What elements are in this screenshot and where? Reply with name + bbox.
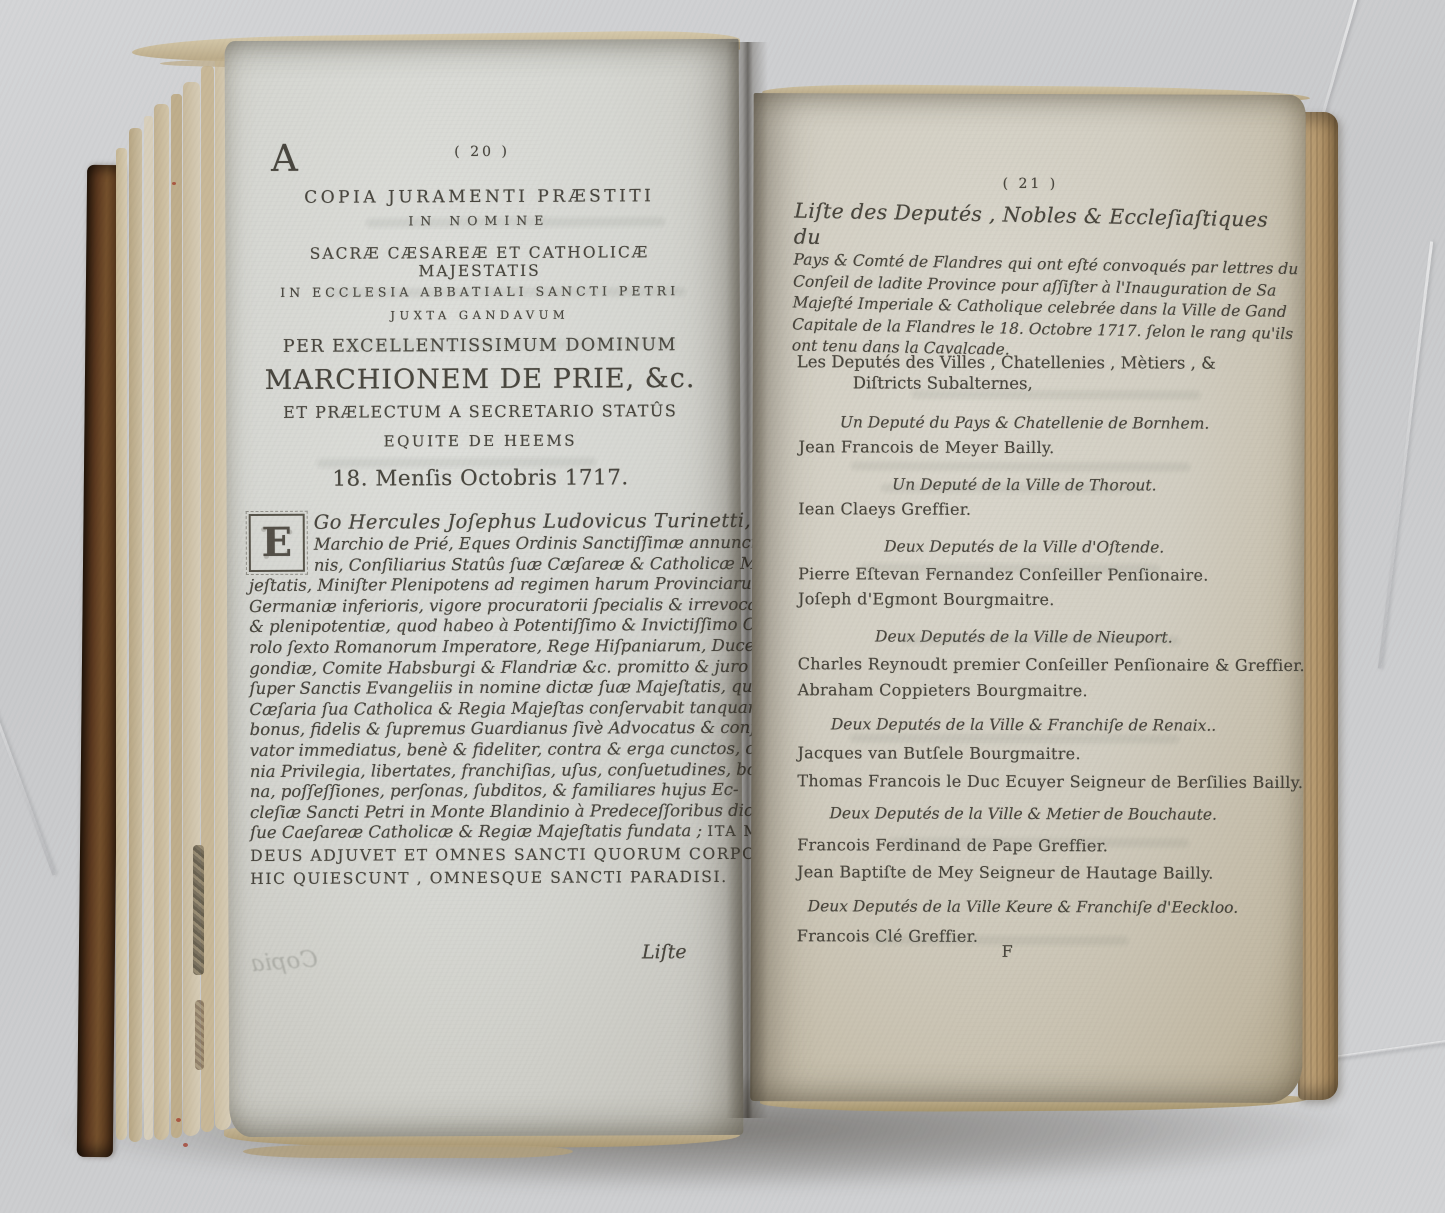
deputy-name: Jean Baptiſte de Mey Seigneur de Hautage… [797, 862, 1267, 883]
title-line: JUXTA GANDAVUM [250, 307, 710, 323]
section-heading-bornhem: Un Deputé du Pays & Chatellenie de Bornh… [791, 413, 1259, 433]
oath-line: gondiæ, Comite Habsburgi & Flandriæ &c. … [249, 657, 705, 680]
deputy-name: Jacques van Butſele Bourgmaitre. [797, 743, 1267, 764]
showthrough-ghost-line [869, 935, 1129, 945]
page-number-left: ( 20 ) [235, 143, 729, 161]
oath-line: bonus, fidelis & ſupremus Guardianus ſiv… [250, 718, 706, 741]
deputy-name: Jean Francois de Meyer Bailly. [798, 437, 1268, 458]
page-stack-edge [116, 148, 127, 1140]
heading-line: Liſte des Deputés , Nobles & Eccleſiaſti… [794, 197, 1271, 258]
deputy-name: Iean Claeys Greffier. [798, 499, 1268, 520]
oath-line: Cæſaria ſua Catholica & Regia Majeſtas c… [249, 698, 705, 721]
deputy-name: Joſeph d'Egmont Bourgmaitre. [798, 589, 1268, 610]
title-line: COPIA JURAMENTI PRÆSTITI [249, 186, 709, 208]
oath-paragraph: E Go Hercules Joſephus Ludovicus Turinet… [249, 509, 707, 891]
right-page-content: ( 21 ) Liſte des Deputés , Nobles & Eccl… [788, 93, 1270, 1103]
oath-line: & plenipotentiæ, quod habeo à Potentiſſi… [249, 615, 705, 638]
oath-caps-line: DEUS ADJUVET ET OMNES SANCTI QUORUM CORP… [250, 843, 706, 868]
title-line-date: 18. Menſis Octobris 1717. [250, 465, 710, 492]
showthrough-ghost-line [346, 339, 676, 349]
left-page-content: ( 20 ) A COPIA JURAMENTI PRÆSTITI IN NOM… [235, 39, 734, 1137]
page-number-right: ( 21 ) [791, 175, 1269, 193]
title-line: EQUITE DE HEEMS [250, 431, 710, 451]
intro-line: Les Deputés des Villes , Chatellenies , … [797, 351, 1216, 373]
title-line: SACRÆ CÆSAREÆ ET CATHOLICÆ MAJESTATIS [250, 243, 710, 281]
oath-line: na, poſſeſſiones, perſonas, ſubditos, & … [250, 780, 706, 803]
oath-line: jeſtatis, Miniſter Plenipotens ad regime… [249, 574, 705, 597]
marbled-edge-fragment [195, 1000, 204, 1070]
red-speck [183, 1143, 188, 1147]
oath-line: cleſiæ Sancti Petri in Monte Blandinio à… [250, 801, 706, 824]
section-heading-bouchaute: Deux Deputés de la Ville & Metier de Bou… [789, 804, 1257, 824]
marbled-edge-fragment [193, 845, 204, 975]
showthrough-ghost-line [860, 563, 1160, 573]
page-stack-edge [171, 94, 182, 1138]
showthrough-ghost-line [850, 461, 1190, 471]
signature-letter-A: A [271, 137, 298, 180]
showthrough-ghost-line [849, 733, 1179, 743]
oath-line: vator immediatus, benè & fideliter, cont… [250, 739, 706, 762]
deputy-name: Charles Reynoudt premier Conſeiller Penſ… [798, 654, 1268, 675]
backdrop-crease [0, 630, 55, 875]
deputy-name: Abraham Coppieters Bourgmaitre. [798, 680, 1268, 701]
bottom-page-edge-left [243, 1145, 573, 1158]
oath-line: Germaniæ inferioris, vigore procuratorii… [249, 595, 705, 618]
showthrough-ghost-line [911, 390, 1201, 400]
oath-line: rolo ſexto Romanorum Imperatore, Rege Hi… [249, 636, 705, 659]
section-heading-eeckloo: Deux Deputés de la Ville Keure & Franchi… [789, 897, 1257, 917]
title-line-marchionem: MARCHIONEM DE PRIE, &c. [250, 363, 710, 396]
list-heading: Liſte des Deputés , Nobles & Eccleſiaſti… [792, 197, 1271, 366]
deputies-intro: Les Deputés des Villes , Chatellenies , … [797, 351, 1216, 394]
showthrough-ghost-line [900, 636, 1180, 646]
section-heading-renaix: Deux Deputés de la Ville & Franchiſe de … [790, 715, 1258, 735]
section-heading-ostende: Deux Deputés de la Ville d'Oſtende. [790, 537, 1258, 557]
red-speck [172, 182, 176, 185]
page-stack-edge [129, 128, 142, 1142]
oath-line: nis, Conſiliarius Statûs ſuæ Cæſareæ & C… [249, 554, 705, 577]
left-page: ( 20 ) A COPIA JURAMENTI PRÆSTITI IN NOM… [225, 39, 744, 1137]
showthrough-ghost-line [880, 483, 1140, 493]
catchword-liste: Liſte [642, 941, 687, 963]
page-stack-edge [144, 116, 153, 1140]
showthrough-ghost-line [365, 217, 665, 227]
backdrop-crease [1378, 241, 1433, 668]
oath-line-mixed: ſue Caeſareæ Catholicæ & Regiæ Majeſtati… [250, 821, 706, 845]
ornate-initial-E: E [249, 514, 305, 572]
title-line: ET PRÆLECTUM A SECRETARIO STATÛS [250, 401, 710, 422]
oath-line: Marchio de Prié, Eques Ordinis Sanctiſſi… [249, 533, 705, 556]
right-page: ( 21 ) Liſte des Deputés , Nobles & Eccl… [750, 93, 1306, 1103]
showthrough-ghost-line [316, 458, 596, 468]
oath-line: Go Hercules Joſephus Ludovicus Turinetti… [249, 509, 705, 535]
gutter-shadow [726, 42, 768, 1118]
oath-caps-line: HIC QUIESCUNT , OMNESQUE SANCTI PARADISI… [250, 866, 706, 891]
oath-line: ſuper Sanctis Evangeliis in nomine dictæ… [249, 677, 705, 700]
showthrough-ghost-line [326, 287, 686, 298]
showthrough-copia: Copia [250, 946, 319, 977]
red-speck [176, 1118, 181, 1122]
oath-line: nia Privilegia, libertates, franchiſias,… [250, 760, 706, 783]
page-stack-edge [183, 82, 200, 1136]
page-stack-edge [154, 104, 169, 1140]
deputy-name: Thomas Francois le Duc Ecuyer Seigneur d… [797, 771, 1267, 792]
showthrough-ghost-line [889, 838, 1189, 848]
oath-line-tail-italic: ſue Caeſareæ Catholicæ & Regiæ Majeſtati… [250, 821, 702, 842]
book-photo-scene: ( 20 ) A COPIA JURAMENTI PRÆSTITI IN NOM… [0, 0, 1445, 1213]
